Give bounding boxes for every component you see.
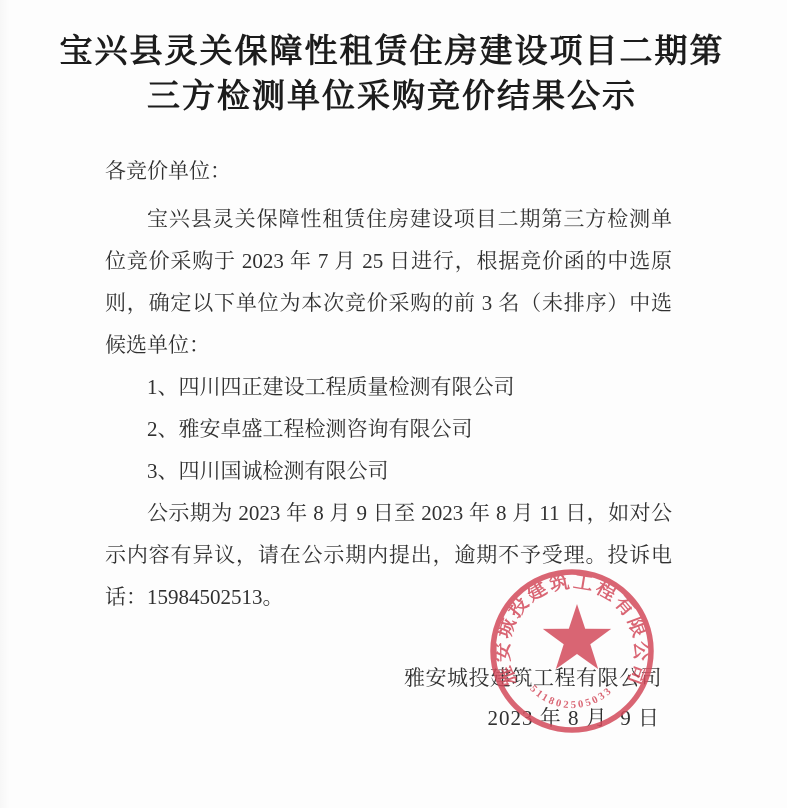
candidate-item: 1、四川四正建设工程质量检测有限公司: [105, 366, 672, 408]
page-title: 宝兴县灵关保障性租赁住房建设项目二期第 三方检测单位采购竞价结果公示: [42, 28, 742, 118]
document-body: 各竞价单位： 宝兴县灵关保障性租赁住房建设项目二期第三方检测单 位竞价采购于 2…: [105, 150, 672, 618]
body-line: 宝兴县灵关保障性租赁住房建设项目二期第三方检测单: [105, 198, 672, 240]
signature-company: 雅安城投建筑工程有限公司: [404, 657, 662, 699]
body-line: 示内容有异议，请在公示期内提出，逾期不予受理。投诉电: [105, 534, 672, 576]
salutation: 各竞价单位：: [105, 150, 672, 192]
body-line: 候选单位：: [105, 324, 672, 366]
signature-date: 2023 年 8 月 9 日: [488, 697, 661, 739]
candidate-item: 3、四川国诚检测有限公司: [105, 450, 672, 492]
candidate-item: 2、雅安卓盛工程检测咨询有限公司: [105, 408, 672, 450]
announcement-page: 宝兴县灵关保障性租赁住房建设项目二期第 三方检测单位采购竞价结果公示 各竞价单位…: [0, 0, 787, 808]
page-title-line-1: 宝兴县灵关保障性租赁住房建设项目二期第: [42, 28, 742, 73]
page-title-line-2: 三方检测单位采购竞价结果公示: [42, 73, 742, 118]
body-line: 公示期为 2023 年 8 月 9 日至 2023 年 8 月 11 日，如对公: [105, 492, 672, 534]
body-line: 位竞价采购于 2023 年 7 月 25 日进行，根据竞价函的中选原: [105, 240, 672, 282]
body-line: 话：15984502513。: [105, 576, 672, 618]
body-line: 则，确定以下单位为本次竞价采购的前 3 名（未排序）中选: [105, 282, 672, 324]
